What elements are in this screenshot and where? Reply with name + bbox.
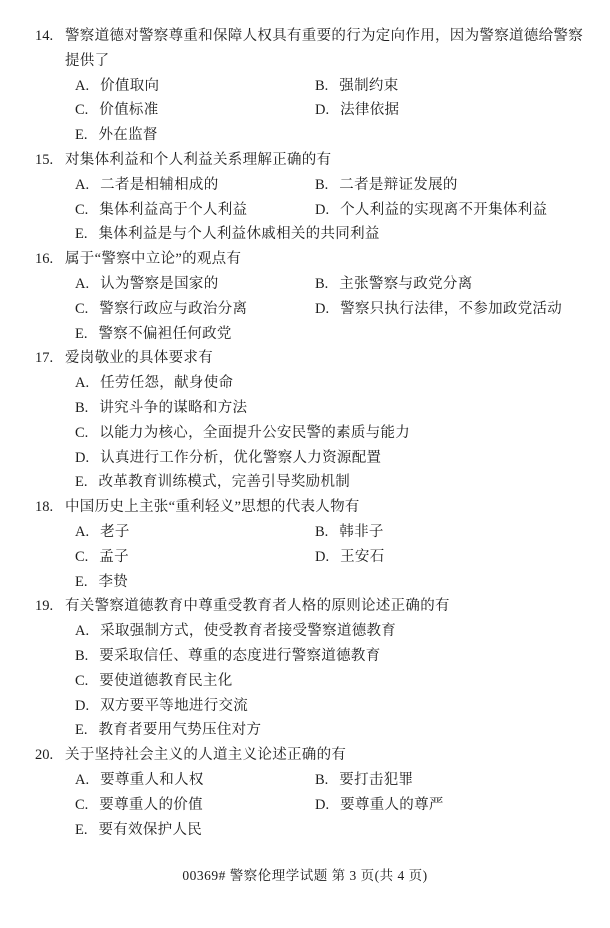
option-text: 教育者要用气势压住对方: [98, 718, 261, 743]
question-item: 17.爱岗敬业的具体要求有A.任劳任怨，献身使命B.讲究斗争的谋略和方法C.以能…: [35, 346, 584, 495]
option-label: D.: [315, 297, 329, 322]
question-item: 16.属于“警察中立论”的观点有A.认为警察是国家的B.主张警察与政党分离C.警…: [35, 247, 584, 346]
option-text: 韩非子: [339, 520, 383, 545]
option-label: D.: [75, 446, 89, 471]
option-label: E.: [75, 322, 87, 347]
option-label: B.: [75, 396, 88, 421]
option-label: A.: [75, 371, 89, 396]
option-item: D.法律依据: [315, 98, 584, 123]
option-item: E.要有效保护人民: [75, 818, 584, 843]
option-label: E.: [75, 123, 87, 148]
option-label: B.: [75, 644, 88, 669]
option-label: C.: [75, 669, 88, 694]
option-item: A.任劳任怨，献身使命: [75, 371, 584, 396]
option-item: E.教育者要用气势压住对方: [75, 718, 584, 743]
option-list: A.二者是相辅相成的B.二者是辩证发展的C.集体利益高于个人利益D.个人利益的实…: [75, 173, 584, 247]
option-label: D.: [315, 198, 329, 223]
option-text: 外在监督: [98, 123, 157, 148]
option-label: B.: [315, 272, 328, 297]
option-item: D.要尊重人的尊严: [315, 793, 584, 818]
option-list: A.任劳任怨，献身使命B.讲究斗争的谋略和方法C.以能力为核心，全面提升公安民警…: [75, 371, 584, 495]
question-heading: 16.属于“警察中立论”的观点有: [35, 247, 584, 272]
option-item: C.孟子: [75, 545, 315, 570]
option-label: E.: [75, 718, 87, 743]
question-item: 18.中国历史上主张“重利轻义”思想的代表人物有A.老子B.韩非子C.孟子D.王…: [35, 495, 584, 594]
question-heading: 18.中国历史上主张“重利轻义”思想的代表人物有: [35, 495, 584, 520]
option-item: A.价值取向: [75, 74, 315, 99]
option-item: D.双方要平等地进行交流: [75, 694, 584, 719]
option-label: D.: [75, 694, 89, 719]
question-heading: 17.爱岗敬业的具体要求有: [35, 346, 584, 371]
question-heading: 14.警察道德对警察尊重和保障人权具有重要的行为定向作用，因为警察道德给警察提供…: [35, 24, 584, 74]
option-text: 王安石: [340, 545, 384, 570]
question-text: 中国历史上主张“重利轻义”思想的代表人物有: [65, 495, 584, 520]
option-item: C.集体利益高于个人利益: [75, 198, 315, 223]
option-label: C.: [75, 545, 88, 570]
question-list: 14.警察道德对警察尊重和保障人权具有重要的行为定向作用，因为警察道德给警察提供…: [35, 24, 584, 842]
option-list: A.认为警察是国家的B.主张警察与政党分离C.警察行政应与政治分离D.警察只执行…: [75, 272, 584, 346]
option-text: 二者是相辅相成的: [100, 173, 218, 198]
option-item: B.讲究斗争的谋略和方法: [75, 396, 584, 421]
option-item: C.要使道德教育民主化: [75, 669, 584, 694]
option-text: 任劳任怨，献身使命: [100, 371, 233, 396]
option-item: B.要打击犯罪: [315, 768, 584, 793]
question-item: 20.关于坚持社会主义的人道主义论述正确的有A.要尊重人和人权B.要打击犯罪C.…: [35, 743, 584, 842]
option-item: B.韩非子: [315, 520, 584, 545]
option-label: A.: [75, 74, 89, 99]
option-text: 孟子: [99, 545, 129, 570]
question-number: 20.: [35, 743, 65, 768]
question-item: 19.有关警察道德教育中尊重受教育者人格的原则论述正确的有A.采取强制方式，使受…: [35, 594, 584, 743]
question-item: 14.警察道德对警察尊重和保障人权具有重要的行为定向作用，因为警察道德给警察提供…: [35, 24, 584, 148]
option-text: 要采取信任、尊重的态度进行警察道德教育: [99, 644, 380, 669]
option-text: 个人利益的实现离不开集体利益: [340, 198, 547, 223]
option-item: E.警察不偏袒任何政党: [75, 322, 584, 347]
option-item: D.王安石: [315, 545, 584, 570]
option-label: A.: [75, 272, 89, 297]
option-label: E.: [75, 222, 87, 247]
question-text: 爱岗敬业的具体要求有: [65, 346, 584, 371]
question-text: 关于坚持社会主义的人道主义论述正确的有: [65, 743, 584, 768]
option-label: D.: [315, 793, 329, 818]
option-item: C.要尊重人的价值: [75, 793, 315, 818]
option-item: B.强制约束: [315, 74, 584, 99]
option-label: E.: [75, 818, 87, 843]
option-item: D.警察只执行法律，不参加政党活动: [315, 297, 584, 322]
exam-page: 14.警察道德对警察尊重和保障人权具有重要的行为定向作用，因为警察道德给警察提供…: [0, 0, 610, 928]
question-number: 16.: [35, 247, 65, 272]
question-heading: 20.关于坚持社会主义的人道主义论述正确的有: [35, 743, 584, 768]
option-text: 要打击犯罪: [339, 768, 413, 793]
page-footer: 00369# 警察伦理学试题 第 3 页(共 4 页): [0, 864, 610, 884]
option-item: A.要尊重人和人权: [75, 768, 315, 793]
option-item: D.个人利益的实现离不开集体利益: [315, 198, 584, 223]
option-label: B.: [315, 768, 328, 793]
option-label: E.: [75, 570, 87, 595]
option-text: 价值取向: [100, 74, 159, 99]
question-text: 有关警察道德教育中尊重受教育者人格的原则论述正确的有: [65, 594, 584, 619]
option-text: 采取强制方式，使受教育者接受警察道德教育: [100, 619, 396, 644]
question-number: 15.: [35, 148, 65, 173]
question-item: 15.对集体利益和个人利益关系理解正确的有A.二者是相辅相成的B.二者是辩证发展…: [35, 148, 584, 247]
option-item: E.李贽: [75, 570, 584, 595]
option-item: D.认真进行工作分析，优化警察人力资源配置: [75, 446, 584, 471]
option-list: A.采取强制方式，使受教育者接受警察道德教育B.要采取信任、尊重的态度进行警察道…: [75, 619, 584, 743]
option-label: C.: [75, 198, 88, 223]
question-text: 对集体利益和个人利益关系理解正确的有: [65, 148, 584, 173]
option-text: 讲究斗争的谋略和方法: [99, 396, 247, 421]
option-list: A.老子B.韩非子C.孟子D.王安石E.李贽: [75, 520, 584, 594]
option-list: A.要尊重人和人权B.要打击犯罪C.要尊重人的价值D.要尊重人的尊严E.要有效保…: [75, 768, 584, 842]
question-number: 14.: [35, 24, 65, 74]
question-number: 19.: [35, 594, 65, 619]
option-text: 警察只执行法律，不参加政党活动: [340, 297, 562, 322]
option-item: B.主张警察与政党分离: [315, 272, 584, 297]
option-text: 要尊重人的尊严: [340, 793, 444, 818]
question-text: 警察道德对警察尊重和保障人权具有重要的行为定向作用，因为警察道德给警察提供了: [65, 24, 584, 74]
option-item: A.采取强制方式，使受教育者接受警察道德教育: [75, 619, 584, 644]
option-label: E.: [75, 470, 87, 495]
option-text: 要尊重人的价值: [99, 793, 203, 818]
option-text: 法律依据: [340, 98, 399, 123]
option-text: 双方要平等地进行交流: [100, 694, 248, 719]
option-text: 以能力为核心，全面提升公安民警的素质与能力: [99, 421, 410, 446]
question-number: 17.: [35, 346, 65, 371]
option-label: B.: [315, 74, 328, 99]
option-list: A.价值取向B.强制约束C.价值标准D.法律依据E.外在监督: [75, 74, 584, 148]
option-text: 认为警察是国家的: [100, 272, 218, 297]
option-text: 要有效保护人民: [98, 818, 202, 843]
option-item: A.认为警察是国家的: [75, 272, 315, 297]
option-item: E.集体利益是与个人利益休戚相关的共同利益: [75, 222, 584, 247]
option-item: E.外在监督: [75, 123, 584, 148]
option-text: 二者是辩证发展的: [339, 173, 457, 198]
option-label: D.: [315, 545, 329, 570]
option-item: A.老子: [75, 520, 315, 545]
option-label: B.: [315, 520, 328, 545]
option-text: 认真进行工作分析，优化警察人力资源配置: [100, 446, 381, 471]
option-text: 主张警察与政党分离: [339, 272, 472, 297]
option-label: A.: [75, 768, 89, 793]
option-item: E.改革教育训练模式，完善引导奖励机制: [75, 470, 584, 495]
option-item: B.二者是辩证发展的: [315, 173, 584, 198]
question-heading: 19.有关警察道德教育中尊重受教育者人格的原则论述正确的有: [35, 594, 584, 619]
option-text: 警察行政应与政治分离: [99, 297, 247, 322]
option-text: 李贽: [98, 570, 128, 595]
question-number: 18.: [35, 495, 65, 520]
option-text: 集体利益高于个人利益: [99, 198, 247, 223]
option-label: A.: [75, 619, 89, 644]
option-item: C.以能力为核心，全面提升公安民警的素质与能力: [75, 421, 584, 446]
option-text: 改革教育训练模式，完善引导奖励机制: [98, 470, 350, 495]
option-text: 要尊重人和人权: [100, 768, 204, 793]
option-text: 强制约束: [339, 74, 398, 99]
question-heading: 15.对集体利益和个人利益关系理解正确的有: [35, 148, 584, 173]
option-label: C.: [75, 297, 88, 322]
option-text: 集体利益是与个人利益休戚相关的共同利益: [98, 222, 379, 247]
option-label: D.: [315, 98, 329, 123]
option-item: B.要采取信任、尊重的态度进行警察道德教育: [75, 644, 584, 669]
option-text: 警察不偏袒任何政党: [98, 322, 231, 347]
option-label: C.: [75, 421, 88, 446]
option-item: C.价值标准: [75, 98, 315, 123]
option-label: A.: [75, 520, 89, 545]
option-text: 价值标准: [99, 98, 158, 123]
question-text: 属于“警察中立论”的观点有: [65, 247, 584, 272]
option-label: C.: [75, 98, 88, 123]
option-label: A.: [75, 173, 89, 198]
option-item: A.二者是相辅相成的: [75, 173, 315, 198]
option-label: B.: [315, 173, 328, 198]
option-item: C.警察行政应与政治分离: [75, 297, 315, 322]
option-text: 老子: [100, 520, 130, 545]
option-label: C.: [75, 793, 88, 818]
option-text: 要使道德教育民主化: [99, 669, 232, 694]
